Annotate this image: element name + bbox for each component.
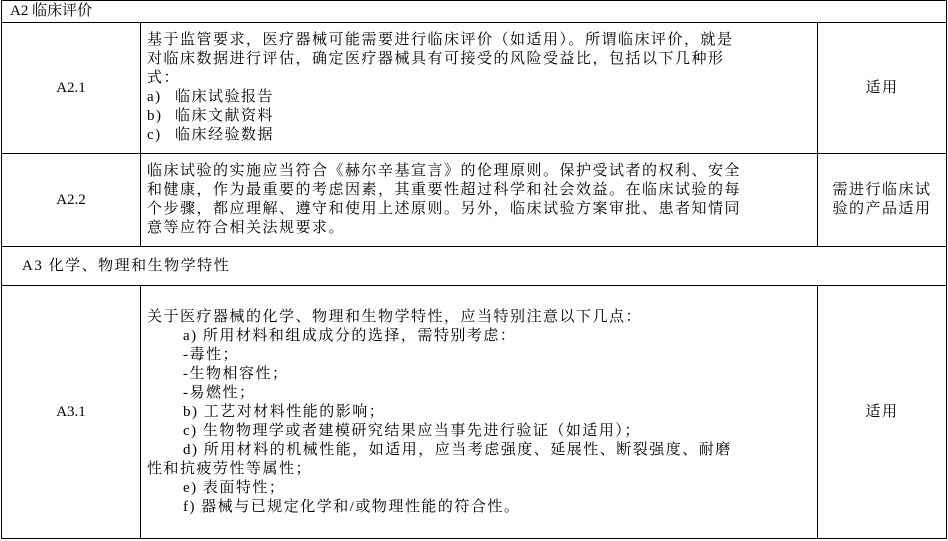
table-row: A3.1 关于医疗器械的化学、物理和生物学特性，应当特别注意以下几点： a) 所… <box>2 286 947 539</box>
paragraph-line: 意等应符合相关法规要求。 <box>147 219 809 238</box>
content-line: a) 所用材料和组成成分的选择，需特别考虑： <box>147 327 809 346</box>
applicability: 需进行临床试 验的产品适用 <box>818 154 947 247</box>
content-line: d) 所用材料的机械性能，如适用，应当考虑强度、延展性、断裂强度、耐磨 <box>147 441 809 460</box>
requirements-document: A2 临床评价 A2.1 基于监管要求，医疗器械可能需要进行临床评价（如适用）。… <box>1 0 946 539</box>
content-line: b) 工艺对材料性能的影响； <box>147 403 809 422</box>
content-line: -易燃性； <box>147 384 809 403</box>
section-title-a3: A3 化学、物理和生物学特性 <box>2 247 947 286</box>
clause-id: A2.2 <box>2 154 141 247</box>
table-row: A2.2 临床试验的实施应当符合《赫尔辛基宣言》的伦理原则。保护受试者的权利、安… <box>2 154 947 247</box>
clause-content: 关于医疗器械的化学、物理和生物学特性，应当特别注意以下几点： a) 所用材料和组… <box>141 286 818 539</box>
table-row: A2.1 基于监管要求，医疗器械可能需要进行临床评价（如适用）。所谓临床评价，就… <box>2 23 947 154</box>
applicability: 适用 <box>818 286 947 539</box>
section-title-a2: A2 临床评价 <box>2 1 947 23</box>
clause-content: 临床试验的实施应当符合《赫尔辛基宣言》的伦理原则。保护受试者的权利、安全 和健康… <box>141 154 818 247</box>
list-item: c)临床经验数据 <box>147 126 809 145</box>
content-line: f) 器械与已规定化学和/或物理性能的符合性。 <box>147 498 809 517</box>
clause-id: A3.1 <box>2 286 141 539</box>
clause-id: A2.1 <box>2 23 141 154</box>
content-line: c) 生物物理学或者建模研究结果应当事先进行验证（如适用）； <box>147 422 809 441</box>
list-marker: c) <box>147 126 175 145</box>
paragraph-line: 和健康，作为最重要的考虑因素，其重要性超过科学和社会效益。在临床试验的每 <box>147 181 809 200</box>
content-line: -生物相容性； <box>147 365 809 384</box>
paragraph-line: 基于监管要求，医疗器械可能需要进行临床评价（如适用）。所谓临床评价，就是 <box>147 31 809 50</box>
paragraph-line: 对临床数据进行评估，确定医疗器械具有可接受的风险受益比，包括以下几种形 <box>147 50 809 69</box>
content-line: -毒性； <box>147 346 809 365</box>
list-text: 临床经验数据 <box>175 127 274 143</box>
clause-content: 基于监管要求，医疗器械可能需要进行临床评价（如适用）。所谓临床评价，就是 对临床… <box>141 23 818 154</box>
applicability: 适用 <box>818 23 947 154</box>
list-text: 临床试验报告 <box>175 89 274 105</box>
applicability-line: 需进行临床试 <box>822 181 942 200</box>
content-line: 性和抗疲劳性等属性； <box>147 460 809 479</box>
list-marker: a) <box>147 88 175 107</box>
list-marker: b) <box>147 107 175 126</box>
paragraph-line: 临床试验的实施应当符合《赫尔辛基宣言》的伦理原则。保护受试者的权利、安全 <box>147 162 809 181</box>
paragraph-line: 式： <box>147 69 809 88</box>
applicability-line: 验的产品适用 <box>822 200 942 219</box>
content-line: e) 表面特性； <box>147 479 809 498</box>
content-line: 关于医疗器械的化学、物理和生物学特性，应当特别注意以下几点： <box>147 308 809 327</box>
section-header-row: A2 临床评价 <box>2 1 947 23</box>
requirements-table: A2 临床评价 A2.1 基于监管要求，医疗器械可能需要进行临床评价（如适用）。… <box>1 0 947 539</box>
list-item: b)临床文献资料 <box>147 107 809 126</box>
list-item: a)临床试验报告 <box>147 88 809 107</box>
list-text: 临床文献资料 <box>175 108 274 124</box>
section-header-row: A3 化学、物理和生物学特性 <box>2 247 947 286</box>
paragraph-line: 个步骤，都应理解、遵守和使用上述原则。另外，临床试验方案审批、患者知情同 <box>147 200 809 219</box>
